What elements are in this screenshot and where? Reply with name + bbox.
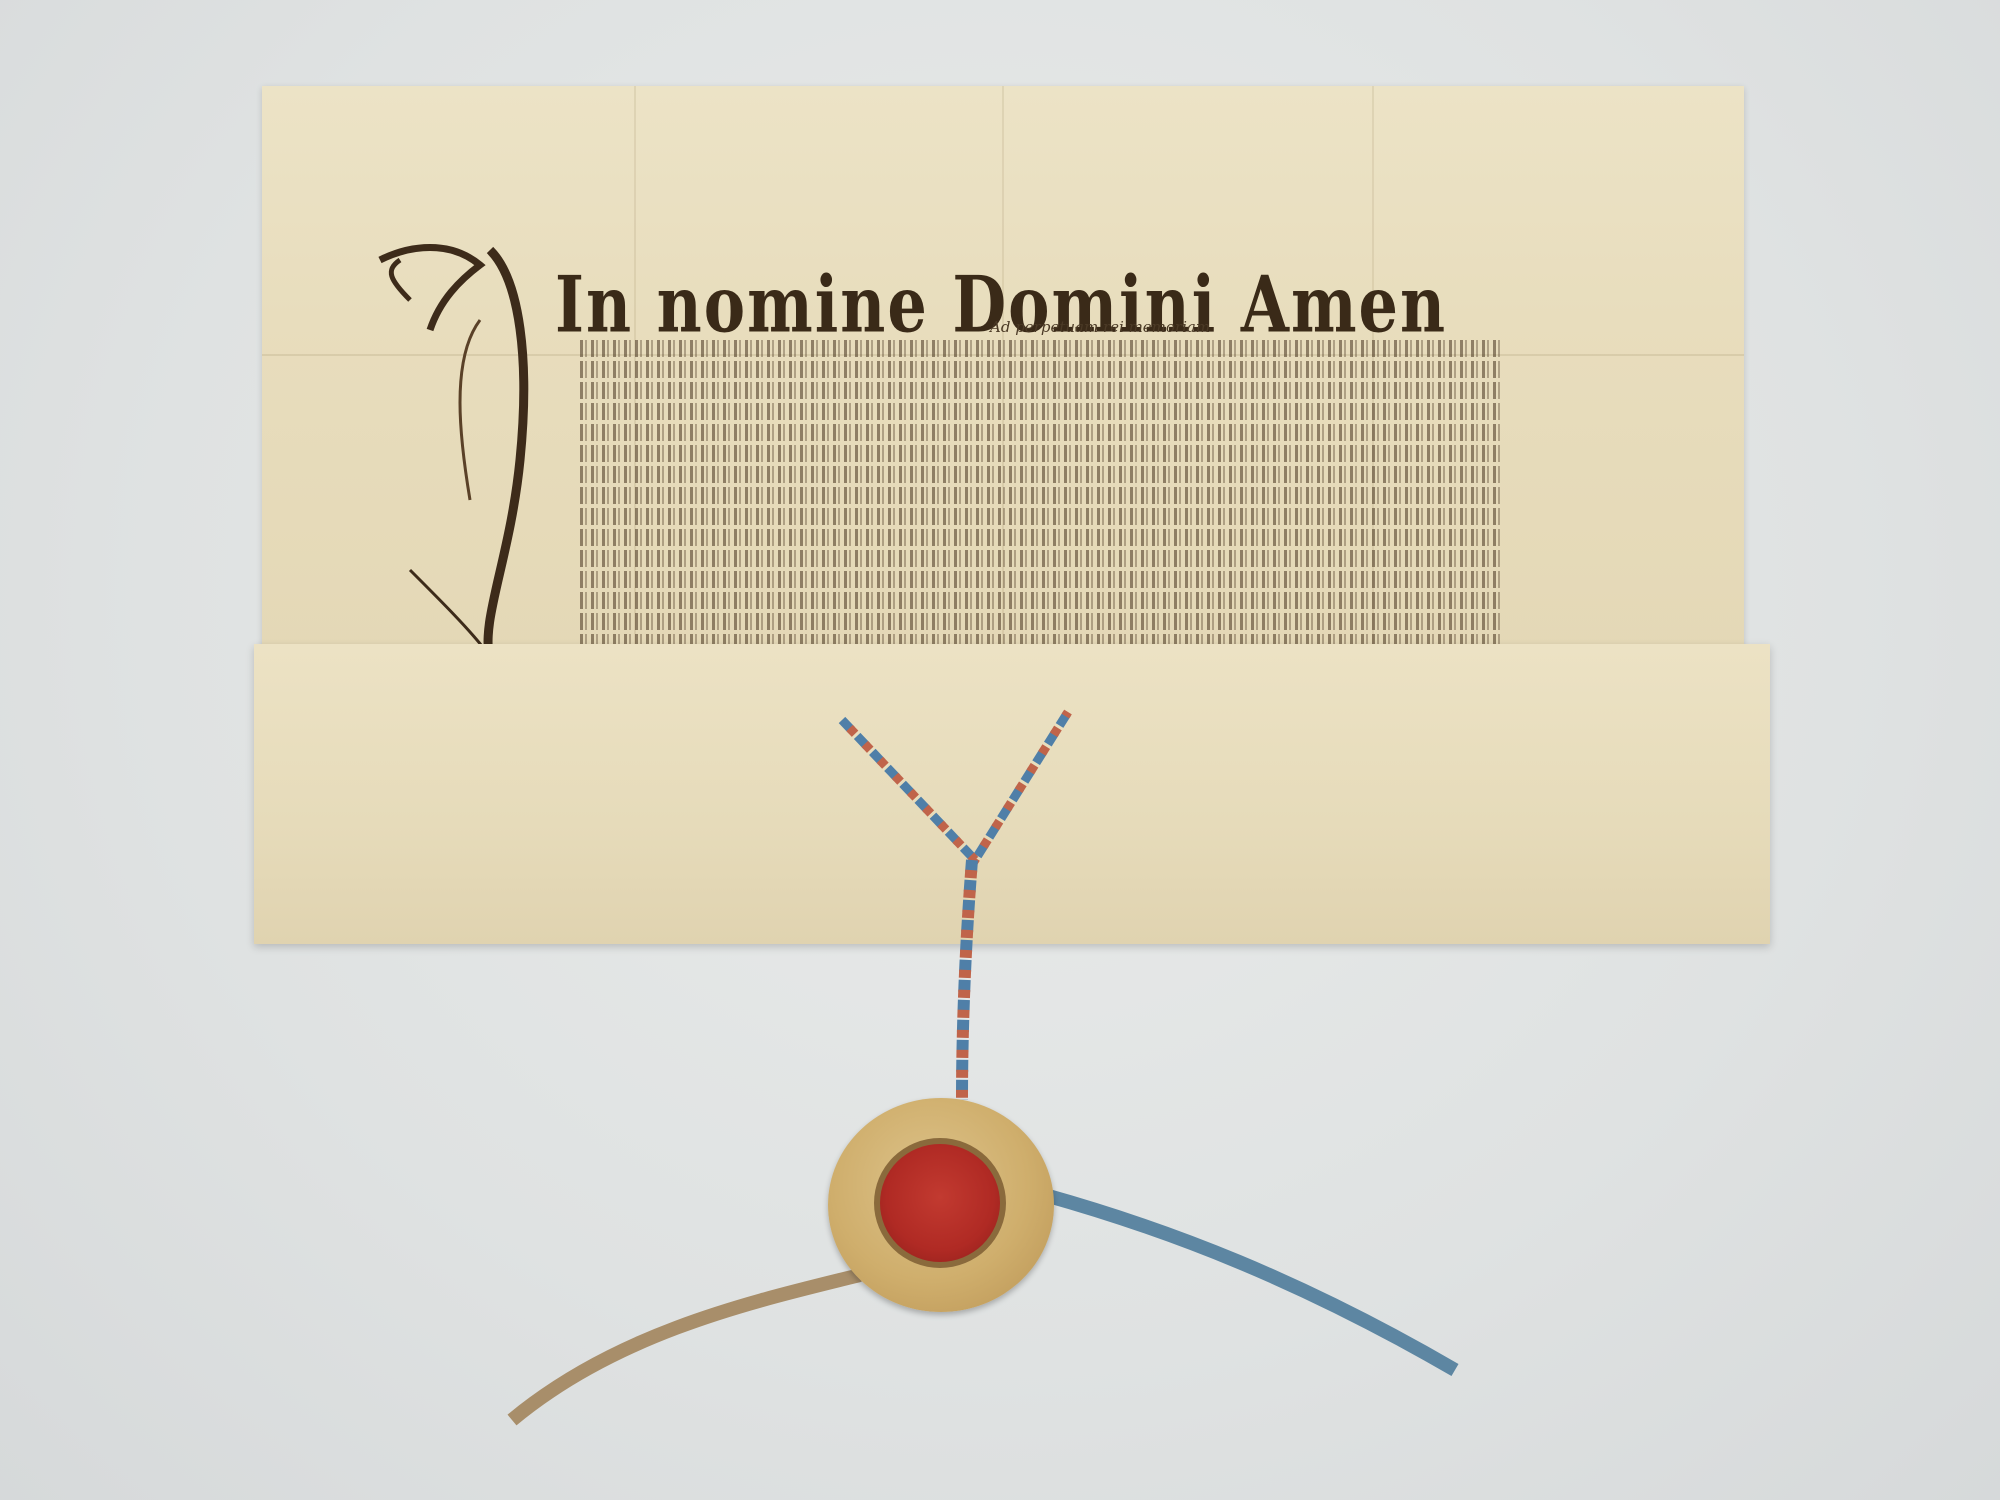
text-line: [580, 340, 1500, 357]
text-line: [580, 403, 1500, 420]
opening-phrase: Ad perpetuam rei memoriam: [990, 318, 1210, 336]
text-line: [580, 487, 1500, 504]
decorated-initial-i: [370, 240, 570, 670]
charter-plica-fold: [254, 644, 1770, 944]
text-line: [580, 592, 1500, 609]
text-line: [580, 466, 1500, 483]
text-line: [580, 571, 1500, 588]
text-line: [580, 550, 1500, 567]
text-line: [580, 529, 1500, 546]
text-line: [580, 508, 1500, 525]
text-line: [580, 382, 1500, 399]
text-line: [580, 361, 1500, 378]
text-line: [580, 613, 1500, 630]
charter-heading: In nomine Domini Amen: [555, 259, 1447, 350]
red-wax-seal: [874, 1138, 1006, 1268]
text-line: [580, 424, 1500, 441]
text-line: [580, 445, 1500, 462]
